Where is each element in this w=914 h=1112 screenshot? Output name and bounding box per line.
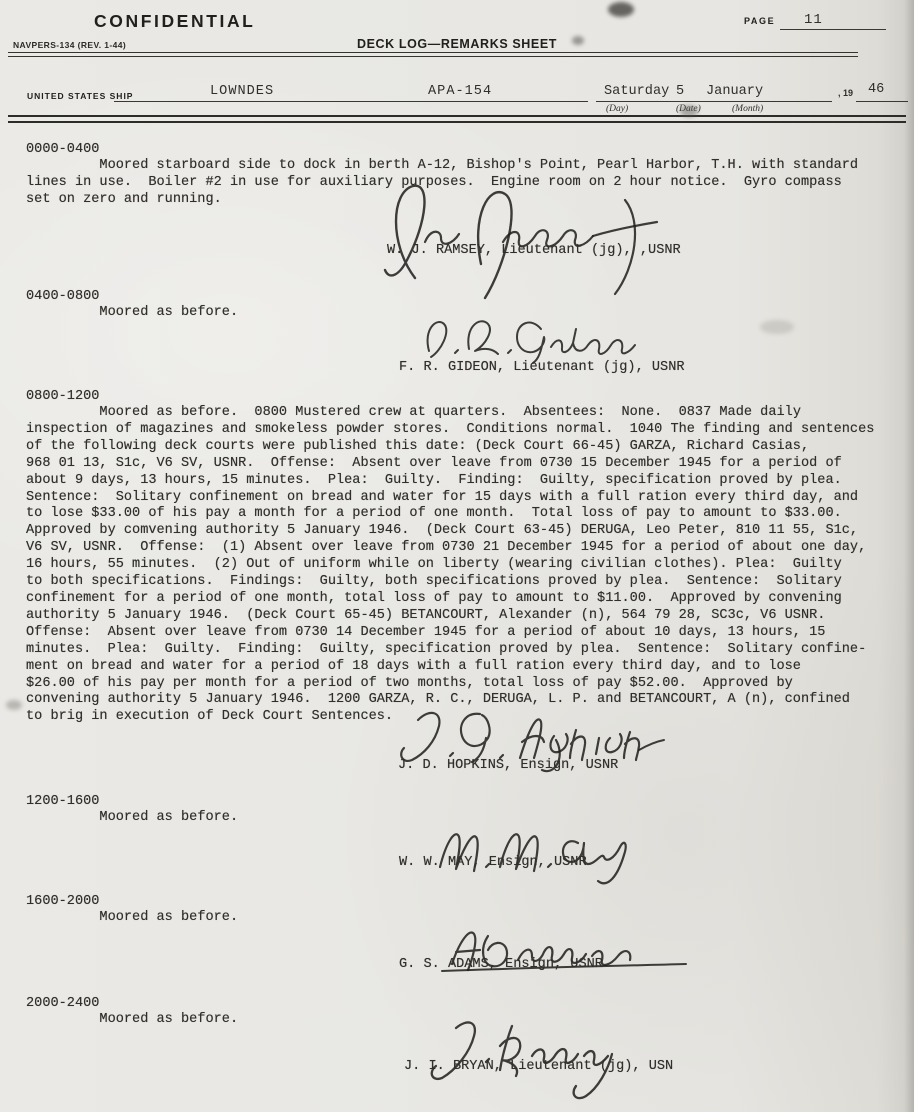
day-value: Saturday	[604, 84, 669, 99]
signature-typed: W. W. MAY, Ensign, USNR	[399, 854, 587, 871]
scan-smudge	[572, 36, 584, 45]
time-range: 1200-1600	[26, 793, 892, 810]
time-range: 0800-1200	[26, 388, 892, 405]
signature-script-gideon	[413, 313, 648, 363]
signature-typed: J. I. BRYAN, Lieutenant (jg), USN	[404, 1058, 673, 1075]
year-value: 46	[868, 82, 884, 97]
header-heavy-rule	[8, 115, 906, 123]
log-section-1600-2000: 1600-2000 Moored as before.	[26, 893, 892, 927]
deck-log-page: CONFIDENTIAL PAGE 11 NAVPERS-134 (REV. 1…	[0, 0, 914, 1112]
day-label: (Day)	[606, 104, 628, 114]
time-range: 1600-2000	[26, 893, 892, 910]
document-title: DECK LOG—REMARKS SHEET	[0, 37, 914, 51]
log-entry-text: Moored as before. 0800 Mustered crew at …	[26, 405, 892, 726]
ship-underline	[114, 80, 588, 102]
signature-typed: J. D. HOPKINS, Ensign, USNR	[398, 757, 618, 774]
hull-number: APA-154	[428, 84, 492, 99]
ship-name: LOWNDES	[210, 84, 274, 99]
page-number: 11	[804, 12, 823, 28]
signature-typed: F. R. GIDEON, Lieutenant (jg), USNR	[399, 359, 685, 376]
signature-script-hopkins	[388, 706, 668, 764]
year-prefix: , 19	[838, 88, 853, 98]
signature-typed: G. S. ADAMS, Ensign, USNR	[399, 956, 603, 973]
scan-smudge	[760, 320, 794, 334]
time-range: 0400-0800	[26, 288, 892, 305]
page-number-line	[780, 8, 886, 30]
time-range: 0000-0400	[26, 141, 892, 158]
scan-smudge	[680, 105, 698, 117]
scan-edge-shade	[904, 0, 914, 1112]
date-value: 5	[676, 84, 684, 99]
scan-smudge	[6, 700, 22, 710]
scan-smudge	[608, 2, 634, 17]
log-section-1200-1600: 1200-1600 Moored as before.	[26, 793, 892, 827]
log-section-0800-1200: 0800-1200 Moored as before. 0800 Mustere…	[26, 388, 892, 726]
header-rule	[8, 52, 858, 57]
time-range: 2000-2400	[26, 995, 892, 1012]
month-value: January	[706, 84, 763, 99]
signature-typed: W. J. RAMSEY, Lieutenant (jg), ,USNR	[387, 242, 681, 259]
month-label: (Month)	[732, 104, 763, 114]
page-label: PAGE	[744, 16, 775, 26]
classification-stamp: CONFIDENTIAL	[94, 11, 255, 32]
signature-script-ramsey	[363, 180, 673, 285]
